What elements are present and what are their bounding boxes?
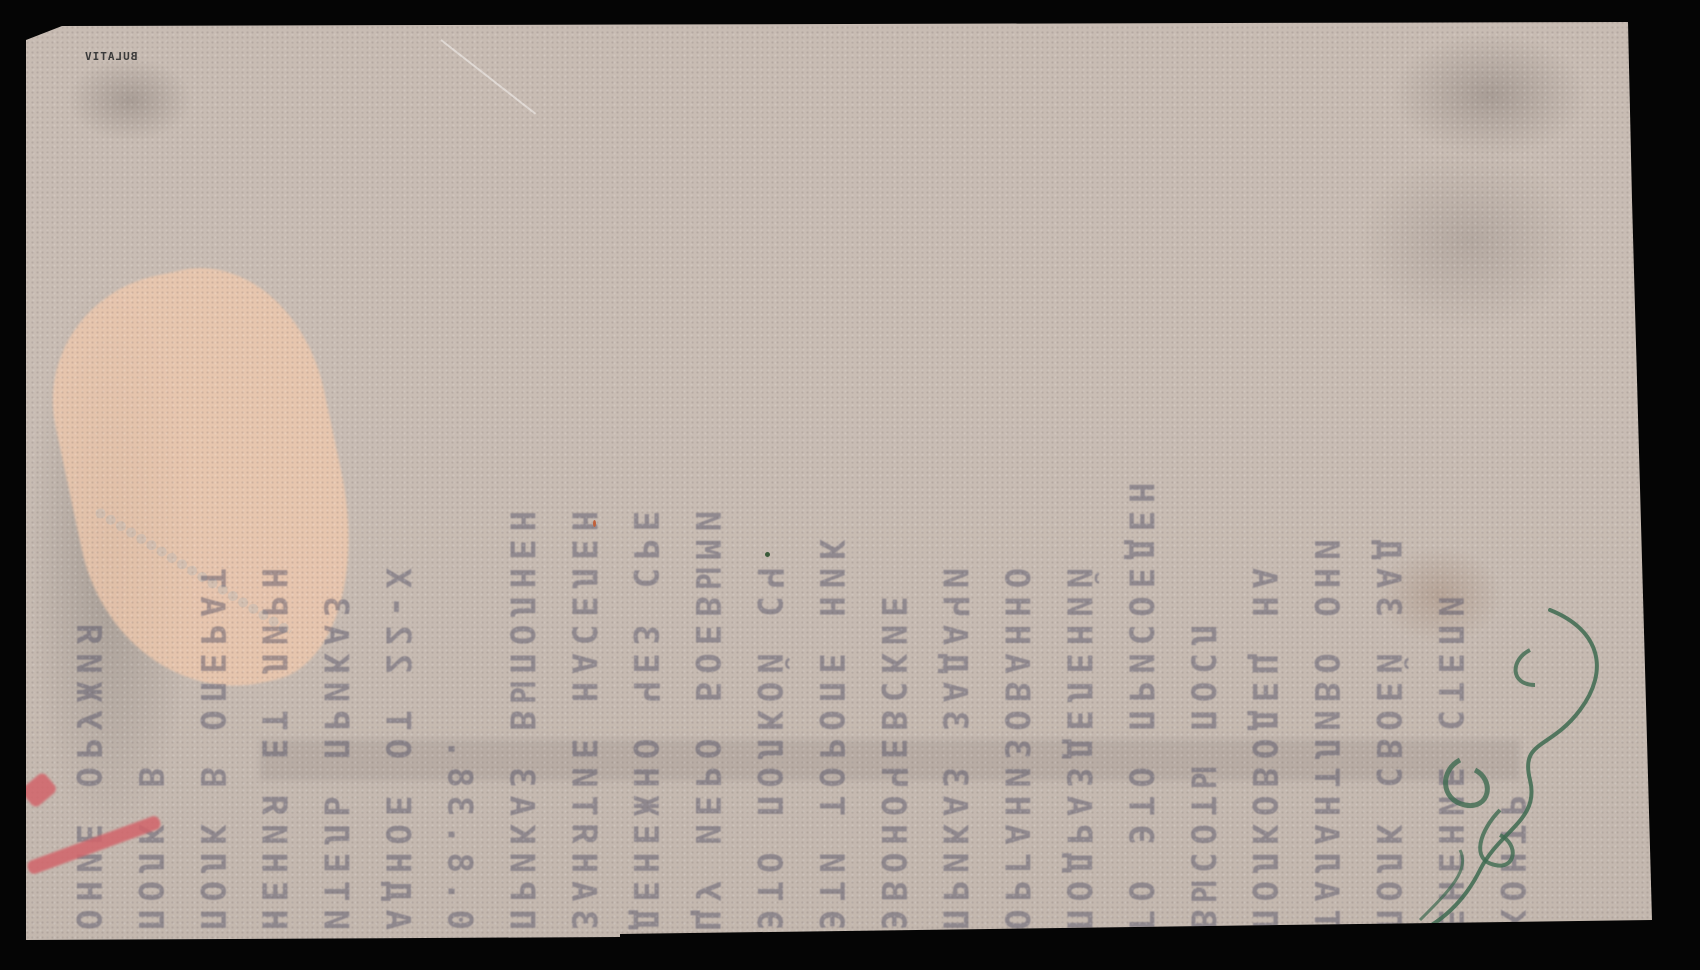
maker-stamp: BULATIV [84, 50, 137, 63]
ink-speck [593, 520, 596, 527]
photo-scene: ОНИЕ ОРУЖИЯ ПОЛК В ПОЛК В ОПЕРАТ НЕНИЯ Е… [0, 0, 1700, 970]
green-signature-flourish [1400, 590, 1660, 950]
paper-fragment: ОНИЕ ОРУЖИЯ ПОЛК В ПОЛК В ОПЕРАТ НЕНИЯ Е… [0, 0, 1700, 970]
ink-speck [765, 552, 770, 557]
